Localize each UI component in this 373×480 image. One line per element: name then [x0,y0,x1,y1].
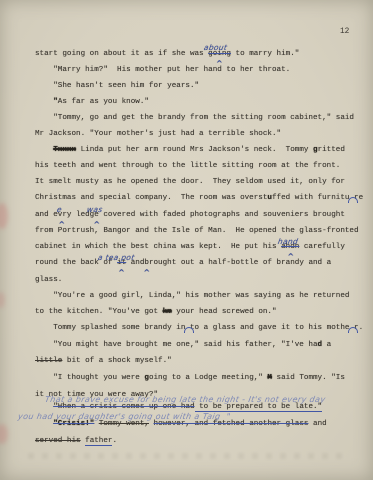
text-segment: "I thought you were [35,374,144,382]
text-segment: to marry him." [231,50,299,58]
typed-line: to the kitchen. "You've got km your head… [35,308,277,317]
typed-line: start going on about it as if she was go… [35,50,299,59]
text-segment: to the kitchen. "You've got [35,308,163,316]
handwritten-insertion: was [87,205,104,214]
smudge [28,453,348,459]
text-segment: his teeth and went through to the little… [35,162,340,170]
text-segment: "Marry him?" His mother put her hand to … [35,66,290,74]
text-segment: and [308,420,326,428]
typed-line: from Portrush, Bangor and the Isle of Ma… [35,227,359,236]
typed-line: "She hasn't seen him for years." [35,82,199,91]
text-segment: "You're a good girl, Linda," his mother … [35,292,349,300]
text-segment: ritted [318,146,345,154]
text-segment: start going on about it as if she was [35,50,208,58]
close-up-mark [184,327,194,333]
text-segment: oing to a Lodge meeting," [149,374,267,382]
typed-strikethrough: served his [35,437,81,445]
text-segment [35,98,53,106]
text-segment: As far as you know." [58,98,149,106]
pen-strikethrough: "Crisis!" [53,420,94,428]
text-segment: Christmas and special company. The room … [35,194,267,202]
text-segment: ffed with furnitu [272,194,349,202]
page-number: 12 [340,28,349,36]
text-segment: covered with faded photographs and souve… [103,211,345,219]
stain [0,203,8,229]
text-segment [35,146,53,154]
text-segment: a [322,341,331,349]
typed-line: served his father. [35,437,117,446]
text-segment: cabinet in which the best china was kept… [35,243,281,251]
text-segment: your head screwed on." [172,308,277,316]
pen-strikethrough: "When a crisis comes up one had [53,403,194,411]
text-segment: "Tommy, go and get the brandy from the s… [35,114,354,122]
text-segment: from Portrush, Bangor and the Isle of Ma… [35,227,359,235]
text-segment [35,420,53,428]
typed-strikethrough: Tommy went, [99,420,149,428]
pen-strikethrough: however, and fetched another glass [154,420,309,428]
typed-line: It smelt musty as he opened the door. Th… [35,178,345,187]
typed-line: "Crisis!" Tommy went, however, and fetch… [35,420,327,429]
typed-line: glass. [35,276,62,285]
typed-line: "You might have brought me one," said hi… [35,341,331,350]
stain [0,292,5,308]
text-segment: carefully [299,243,345,251]
typed-line: "When a crisis comes up one had to be pr… [35,403,322,412]
text-segment: Tommy splashed some brandy in [35,324,185,332]
typed-strikethrough: Txxxx [53,146,76,154]
typed-line: "As far as you know." [35,98,149,107]
text-segment: "She hasn't seen him for years." [35,82,199,90]
typed-line: round the back of ita tea pot^ and^broug… [35,259,331,268]
pen-underline: father [85,437,112,446]
typed-strikethrough: little [35,357,62,365]
pen-underline: to be prepared to be late." [195,403,323,412]
typed-line: little bit of a shock myself." [35,357,172,366]
typed-line: Christmas and special company. The room … [35,194,363,203]
typed-line: "I thought you were going to a Lodge mee… [35,374,345,383]
typed-line: Txxxx Linda put her arm round Mrs Jackso… [35,146,345,155]
text-segment: "You might have brought me one," said hi… [35,341,318,349]
manuscript-page: 12 start going on about it as if she was… [0,0,373,480]
text-segment [35,403,53,411]
text-segment: said Tommy. "Is [272,374,345,382]
typed-line: and eve^ry ledge was^covered with faded … [35,211,345,220]
typed-line: Tommy splashed some brandy in to a glass… [35,324,363,333]
handwritten-insertion: a tea pot [97,253,135,262]
caret-mark: ^ [143,270,150,276]
text-segment: to a glass and gave it to his mothe [185,324,349,332]
typed-line: "Tommy, go and get the brandy from the s… [35,114,354,123]
text-segment: Linda put her arm round Mrs Jackson's ne… [76,146,313,154]
typed-line: Mr Jackson. "Your mother's just had a te… [35,130,281,139]
text-segment: brought out a half-bottle of brandy and … [144,259,331,267]
text-segment: bit of a shock myself." [62,357,171,365]
typed-line: "You're a good girl, Linda," his mother … [35,292,349,301]
typed-line: his teeth and went through to the little… [35,162,340,171]
typed-strikethrough: km [163,308,172,316]
text-segment: It smelt musty as he opened the door. Th… [35,178,345,186]
text-segment: glass. [35,276,62,284]
stain [0,424,8,444]
handwritten-insertion: about [203,43,228,52]
typed-line: cabinet in which the best china was kept… [35,243,345,252]
typed-line: "Marry him?" His mother put her hand to … [35,66,290,75]
text-segment: . [112,437,117,445]
handwritten-insertion: hand [278,237,300,246]
text-segment: Mr Jackson. "Your mother's just had a te… [35,130,281,138]
caret-mark: ^ [118,270,125,276]
